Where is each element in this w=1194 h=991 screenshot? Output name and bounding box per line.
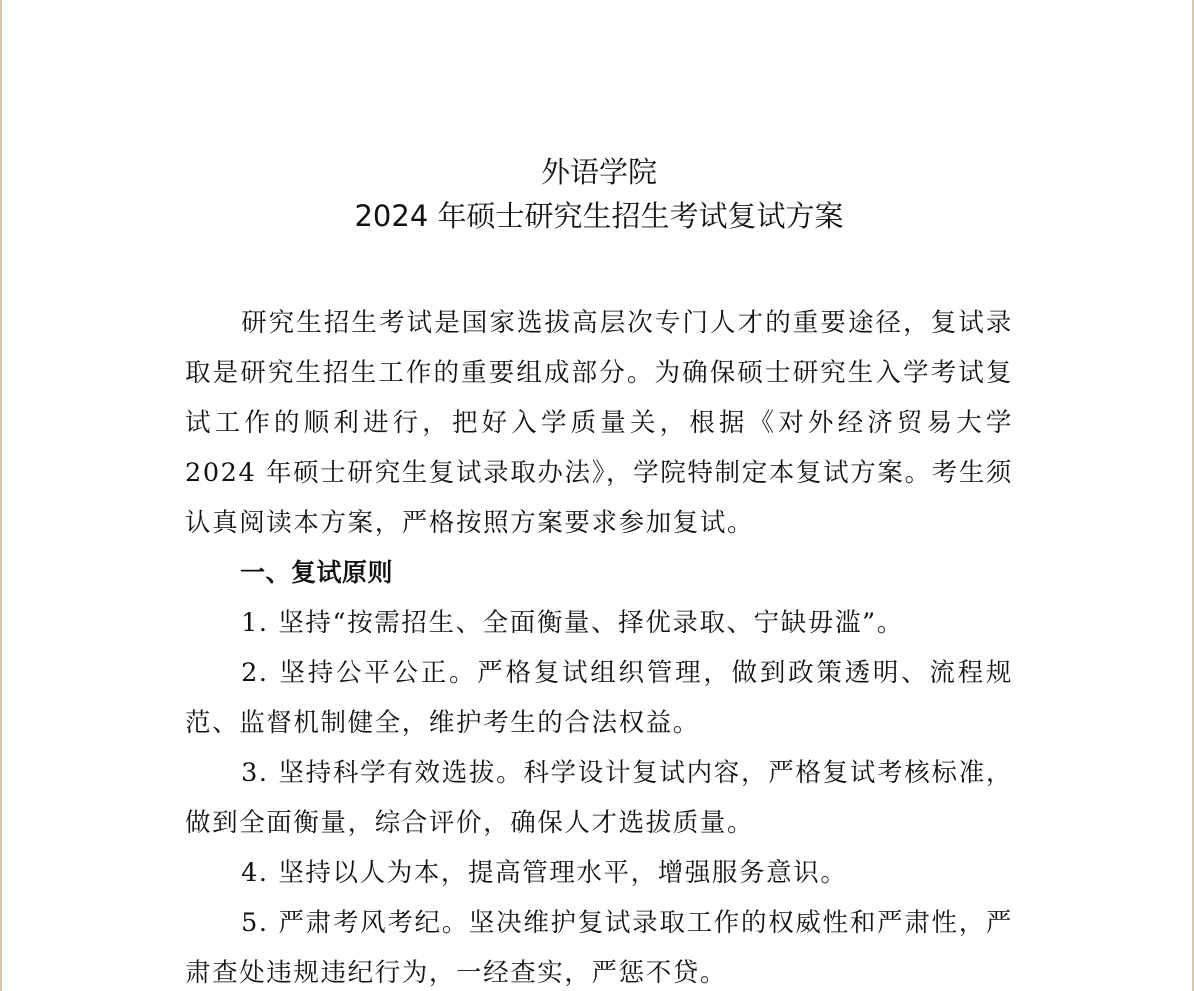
document-page: 外语学院 2024 年硕士研究生招生考试复试方案 研究生招生考试是国家选拔高层次… (0, 0, 1194, 991)
intro-paragraph: 研究生招生考试是国家选拔高层次专门人才的重要途径，复试录取是研究生招生工作的重要… (185, 298, 1013, 548)
document-body: 研究生招生考试是国家选拔高层次专门人才的重要途径，复试录取是研究生招生工作的重要… (185, 298, 1013, 991)
principle-item-5: 5. 严肃考风考纪。坚决维护复试录取工作的权威性和严肃性，严肃查处违规违纪行为，… (185, 898, 1013, 991)
document-title: 外语学院 2024 年硕士研究生招生考试复试方案 (2, 150, 1194, 238)
section-heading: 一、复试原则 (185, 548, 1013, 598)
principle-item-1: 1. 坚持“按需招生、全面衡量、择优录取、宁缺毋滥”。 (185, 598, 1013, 648)
principle-item-4: 4. 坚持以人为本，提高管理水平，增强服务意识。 (185, 848, 1013, 898)
principle-item-2: 2. 坚持公平公正。严格复试组织管理，做到政策透明、流程规范、监督机制健全，维护… (185, 648, 1013, 748)
title-department: 外语学院 (2, 150, 1194, 194)
principle-item-3: 3. 坚持科学有效选拔。科学设计复试内容，严格复试考核标准，做到全面衡量，综合评… (185, 748, 1013, 848)
title-main: 2024 年硕士研究生招生考试复试方案 (2, 194, 1194, 238)
